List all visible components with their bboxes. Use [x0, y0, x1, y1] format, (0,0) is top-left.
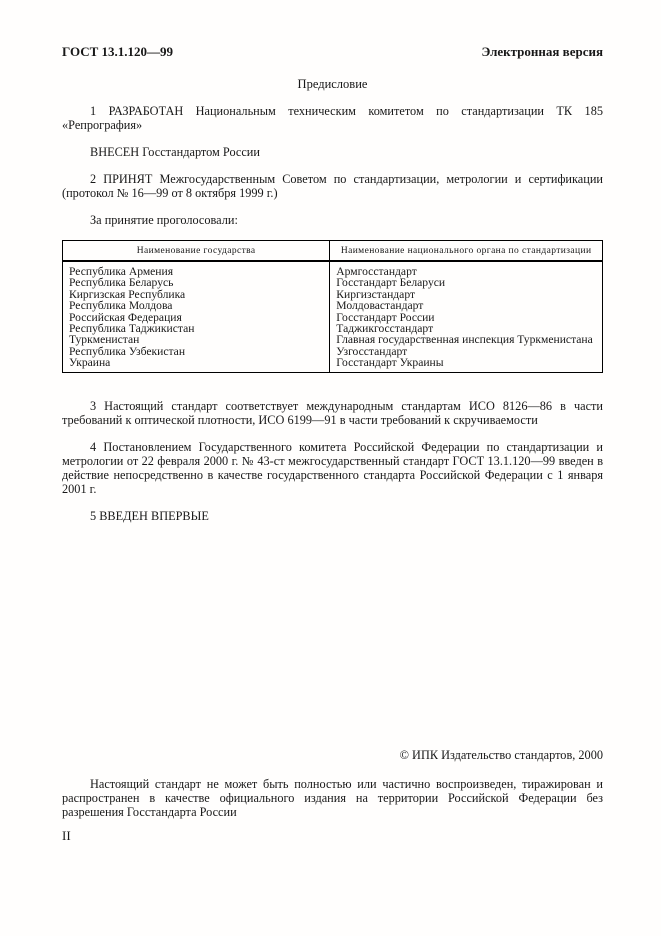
edition-label: Электронная версия — [481, 44, 603, 60]
paragraph-voted-intro: За принятие проголосовали: — [62, 213, 603, 227]
voting-table: Наименование государства Наименование на… — [62, 240, 603, 373]
page-footer: © ИПК Издательство стандартов, 2000 Наст… — [62, 748, 603, 844]
state-name-cell: Республика Армения — [63, 261, 330, 277]
voting-table-header-row: Наименование государства Наименование на… — [63, 241, 603, 262]
copyright-line: © ИПК Издательство стандартов, 2000 — [62, 748, 603, 763]
state-name-cell: Украина — [63, 357, 330, 372]
table-row: Республика АрменияАрмгосстандарт — [63, 261, 603, 277]
reproduction-restriction: Настоящий стандарт не может быть полност… — [62, 777, 603, 819]
paragraph-first-edition: 5 ВВЕДЕН ВПЕРВЫЕ — [62, 509, 603, 523]
table-row: Республика УзбекистанУзгосстандарт — [63, 346, 603, 357]
table-row: УкраинаГосстандарт Украины — [63, 357, 603, 372]
document-page: ГОСТ 13.1.120—99 Электронная версия Пред… — [0, 0, 661, 936]
page-number: II — [62, 828, 603, 844]
paragraph-submitted: ВНЕСЕН Госстандартом России — [62, 145, 603, 159]
state-name-cell: Республика Молдова — [63, 300, 330, 311]
paragraph-iso-conformance: 3 Настоящий стандарт соответствует между… — [62, 399, 603, 427]
paragraph-developed: 1 РАЗРАБОТАН Национальным техническим ко… — [62, 104, 603, 132]
org-name-cell: Госстандарт Украины — [330, 357, 603, 372]
standard-designation: ГОСТ 13.1.120—99 — [62, 44, 173, 60]
paragraph-adopted: 2 ПРИНЯТ Межгосударственным Советом по с… — [62, 172, 603, 200]
paragraph-enactment: 4 Постановлением Государственного комите… — [62, 440, 603, 496]
org-name-cell: Молдовастандарт — [330, 300, 603, 311]
table-row: Республика МолдоваМолдовастандарт — [63, 300, 603, 311]
running-head: ГОСТ 13.1.120—99 Электронная версия — [62, 44, 603, 60]
page-title: Предисловие — [62, 77, 603, 92]
voting-table-head: Наименование государства Наименование на… — [63, 241, 603, 262]
column-header-state: Наименование государства — [63, 241, 330, 262]
column-header-org: Наименование национального органа по ста… — [330, 241, 603, 262]
org-name-cell: Армгосстандарт — [330, 261, 603, 277]
voting-table-body: Республика АрменияАрмгосстандартРеспубли… — [63, 261, 603, 372]
